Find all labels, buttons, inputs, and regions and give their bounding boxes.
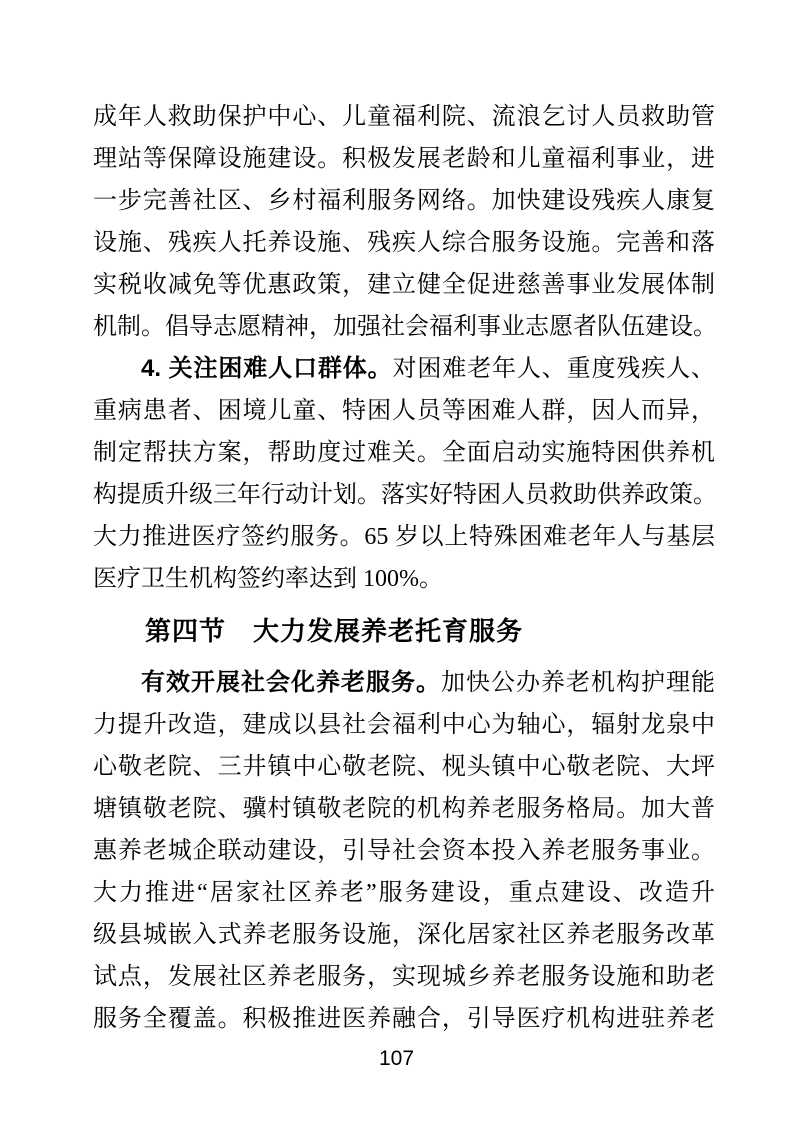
para-eldercare-line-4: 塘镇敬老院、骥村镇敬老院的机构养老服务格局。加大普 — [93, 788, 715, 830]
para-welfare-line-4: 设施、残疾人托养设施、残疾人综合服务设施。完善和落 — [93, 222, 715, 264]
para-difficult-line-4: 构提质升级三年行动计划。落实好特困人员救助供养政策。 — [93, 474, 715, 516]
para-difficult-line-1: 4. 关注困难人口群体。对困难老年人、重度残疾人、 — [93, 348, 715, 390]
para-welfare-line-5: 实税收减免等优惠政策，建立健全促进慈善事业发展体制 — [93, 264, 715, 306]
para-difficult-first-rest: 对困难老年人、重度残疾人、 — [392, 356, 715, 382]
para-eldercare-line-1: 有效开展社会化养老服务。加快公办养老机构护理能 — [93, 662, 715, 704]
para-eldercare-line-6: 大力推进“居家社区养老”服务建设，重点建设、改造升 — [93, 872, 715, 914]
section-heading: 第四节 大力发展养老托育服务 — [93, 610, 715, 652]
document-page: 成年人救助保护中心、儿童福利院、流浪乞讨人员救助管 理站等保障设施建设。积极发展… — [0, 0, 793, 1122]
para-eldercare-line-8: 试点，发展社区养老服务，实现城乡养老服务设施和助老 — [93, 956, 715, 998]
para-difficult-lead: 4. 关注困难人口群体。 — [141, 355, 392, 382]
para-eldercare-line-7: 级县城嵌入式养老服务设施，深化居家社区养老服务改革 — [93, 914, 715, 956]
text-block: 成年人救助保护中心、儿童福利院、流浪乞讨人员救助管 理站等保障设施建设。积极发展… — [93, 96, 715, 1040]
para-eldercare-line-2: 力提升改造，建成以县社会福利中心为轴心，辐射龙泉中 — [93, 704, 715, 746]
para-eldercare-line-9: 服务全覆盖。积极推进医养融合，引导医疗机构进驻养老 — [93, 998, 715, 1040]
para-eldercare-line-3: 心敬老院、三井镇中心敬老院、枧头镇中心敬老院、大坪 — [93, 746, 715, 788]
page-number: 107 — [0, 1044, 793, 1074]
para-welfare-line-1: 成年人救助保护中心、儿童福利院、流浪乞讨人员救助管 — [93, 96, 715, 138]
para-difficult-line-3: 制定帮扶方案，帮助度过难关。全面启动实施特困供养机 — [93, 432, 715, 474]
para-welfare-line-2: 理站等保障设施建设。积极发展老龄和儿童福利事业，进 — [93, 138, 715, 180]
para-eldercare-first-rest: 加快公办养老机构护理能 — [441, 670, 715, 696]
para-difficult-line-5: 大力推进医疗签约服务。65 岁以上特殊困难老年人与基层 — [93, 516, 715, 558]
para-welfare-line-6: 机制。倡导志愿精神，加强社会福利事业志愿者队伍建设。 — [93, 306, 715, 348]
para-welfare-line-3: 一步完善社区、乡村福利服务网络。加快建设残疾人康复 — [93, 180, 715, 222]
para-eldercare-lead: 有效开展社会化养老服务。 — [141, 669, 441, 696]
para-difficult-line-6: 医疗卫生机构签约率达到 100%。 — [93, 558, 715, 600]
para-difficult-line-2: 重病患者、困境儿童、特困人员等困难人群，因人而异， — [93, 390, 715, 432]
para-eldercare-line-5: 惠养老城企联动建设，引导社会资本投入养老服务事业。 — [93, 830, 715, 872]
